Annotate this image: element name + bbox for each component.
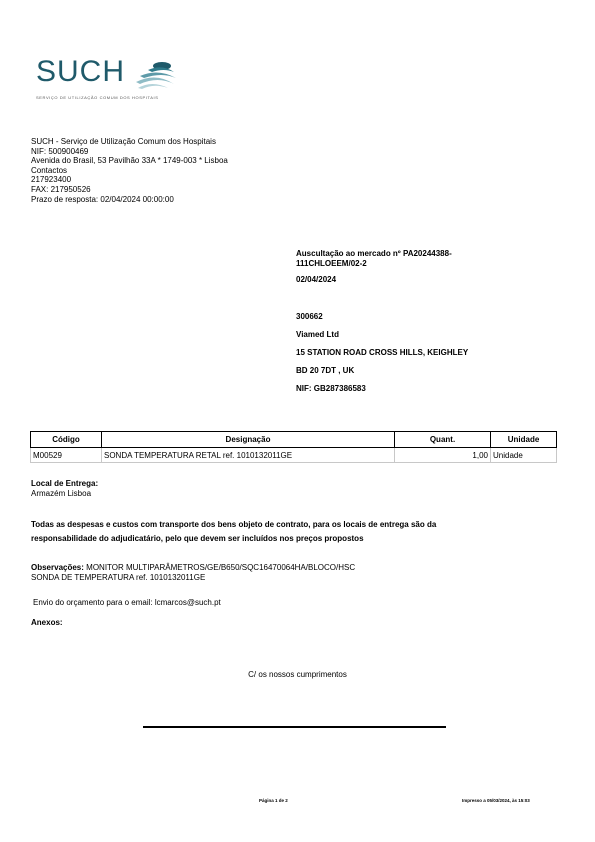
response-deadline: Prazo de resposta: 02/04/2024 00:00:00 [31,195,228,205]
header-unidade: Unidade [491,432,557,448]
sender-nif: NIF: 500900469 [31,147,228,157]
signature-line [143,726,446,728]
footer-printed-date: Impresso a 05/03/2024, às 15:03 [462,798,530,803]
such-logo-waves-icon [134,58,178,90]
header-quant: Quant. [395,432,491,448]
items-table: Código Designação Quant. Unidade M00529 … [30,431,557,463]
delivery-value: Armazém Lisboa [31,489,91,499]
observations-block: Observações: MONITOR MULTIPARÂMETROS/GE/… [31,563,355,582]
sender-address: Avenida do Brasil, 53 Pavilhão 33A * 174… [31,156,228,166]
reference-line-2: 111CHLOEEM/02-2 [296,259,452,269]
table-row: M00529 SONDA TEMPERATURA RETAL ref. 1010… [31,448,557,463]
cell-designacao: SONDA TEMPERATURA RETAL ref. 1010132011G… [102,448,395,463]
attachments-label: Anexos: [31,618,63,628]
recipient-address-2: BD 20 7DT , UK [296,366,354,376]
transport-notice: Todas as despesas e custos com transport… [31,520,571,543]
observations-label: Observações: [31,563,84,572]
recipient-name: Viamed Ltd [296,330,339,340]
sender-phone: 217923400 [31,175,228,185]
sender-fax: FAX: 217950526 [31,185,228,195]
cell-unidade: Unidade [491,448,557,463]
cell-quant: 1,00 [395,448,491,463]
reference-date: 02/04/2024 [296,275,336,285]
reference-line-1: Auscultação ao mercado nº PA20244388- [296,249,452,259]
footer-page-number: Página 1 de 2 [259,798,288,803]
sender-contacts-label: Contactos [31,166,228,176]
email-note: Envio do orçamento para o email: lcmarco… [33,598,221,608]
table-header-row: Código Designação Quant. Unidade [31,432,557,448]
sender-block: SUCH - Serviço de Utilização Comum dos H… [31,137,228,204]
header-designacao: Designação [102,432,395,448]
transport-notice-line-2: responsabilidade do adjudicatário, pelo … [31,534,571,544]
recipient-address-1: 15 STATION ROAD CROSS HILLS, KEIGHLEY [296,348,468,358]
observations-line-1: MONITOR MULTIPARÂMETROS/GE/B650/SQC16470… [86,563,355,572]
recipient-code: 300662 [296,312,323,322]
cell-codigo: M00529 [31,448,102,463]
reference-block: Auscultação ao mercado nº PA20244388- 11… [296,249,452,268]
transport-notice-line-1: Todas as despesas e custos com transport… [31,520,571,530]
closing-text: C/ os nossos cumprimentos [0,670,595,680]
sender-name: SUCH - Serviço de Utilização Comum dos H… [31,137,228,147]
recipient-nif: NIF: GB287386583 [296,384,366,394]
header-codigo: Código [31,432,102,448]
logo-subtitle: SERVIÇO DE UTILIZAÇÃO COMUM DOS HOSPITAI… [36,95,158,100]
observations-line-2: SONDA DE TEMPERATURA ref. 1010132011GE [31,573,355,583]
such-logo-text: SUCH [36,57,125,87]
delivery-label: Local de Entrega: [31,479,98,489]
